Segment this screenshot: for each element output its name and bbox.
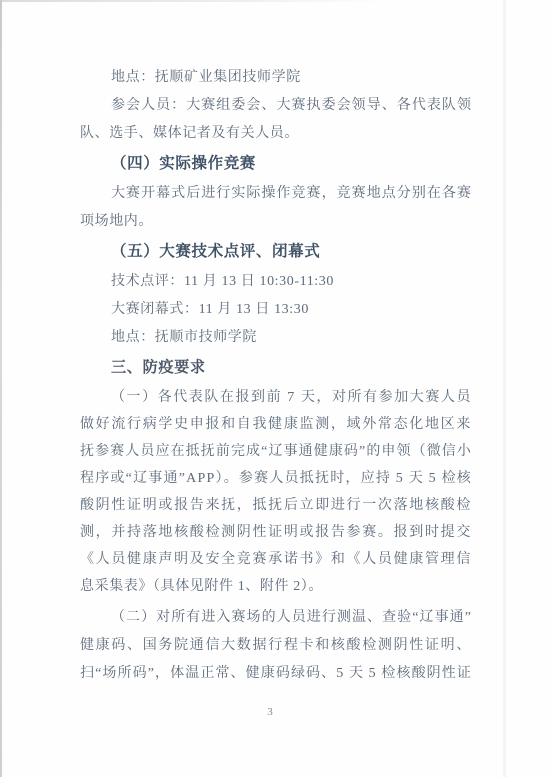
document-line: 程序或“辽事通”APP）。参赛人员抵抚时，应持 5 天 5 检核 xyxy=(80,465,472,492)
line-text: 健康码、国务院通信大数据行程卡和核酸检测阴性证明、 xyxy=(80,638,472,653)
line-text: 项场地内。 xyxy=(80,214,153,229)
line-text: 测，并持落地核酸检测阴性证明或报告参赛。报到时提交 xyxy=(80,525,472,540)
line-text: （五）大赛技术点评、闭幕式 xyxy=(111,243,320,260)
document-line: 项场地内。 xyxy=(80,208,472,236)
line-text: 地点：抚顺矿业集团技师学院 xyxy=(111,70,301,85)
paragraph: 地点：抚顺市技师学院 xyxy=(80,324,472,352)
line-text: 大赛闭幕式：11 月 13 日 13:30 xyxy=(111,302,309,317)
document-line: 地点：抚顺矿业集团技师学院 xyxy=(80,64,472,92)
line-text: （二）对所有进入赛场的人员进行测温、查验“辽事通” xyxy=(111,610,472,625)
line-text: 三、防疫要求 xyxy=(111,359,206,376)
paragraph: （二）对所有进入赛场的人员进行测温、查验“辽事通”健康码、国务院通信大数据行程卡… xyxy=(80,604,472,688)
line-text: 酸阴性证明或报告来抚，抵抚后立即进行一次落地核酸检 xyxy=(80,498,472,513)
line-text: 队、选手、媒体记者及有关人员。 xyxy=(80,126,299,141)
scan-edge-left xyxy=(0,0,2,777)
section-heading: （四）实际操作竞赛 xyxy=(80,150,472,178)
line-text: 大赛开幕式后进行实际操作竞赛，竞赛地点分别在各赛 xyxy=(111,186,472,201)
scanned-document-page: 地点：抚顺矿业集团技师学院参会人员：大赛组委会、大赛执委会领导、各代表队领队、选… xyxy=(0,0,550,777)
line-text: 程序或“辽事通”APP）。参赛人员抵抚时，应持 5 天 5 检核 xyxy=(80,471,472,486)
section-heading: （五）大赛技术点评、闭幕式 xyxy=(80,238,472,266)
paragraph: 技术点评：11 月 13 日 10:30-11:30 xyxy=(80,268,472,296)
line-text: 地点：抚顺市技师学院 xyxy=(111,330,257,345)
line-text: 《人员健康声明及安全竞赛承诺书》和《人员健康管理信 xyxy=(80,552,472,567)
line-text: 参会人员：大赛组委会、大赛执委会领导、各代表队领 xyxy=(111,98,472,113)
document-line: 队、选手、媒体记者及有关人员。 xyxy=(80,120,472,148)
document-content: 地点：抚顺矿业集团技师学院参会人员：大赛组委会、大赛执委会领导、各代表队领队、选… xyxy=(80,64,472,688)
document-line: 息采集表》（具体见附件 1、附件 2）。 xyxy=(80,573,472,600)
document-line: 大赛开幕式后进行实际操作竞赛，竞赛地点分别在各赛 xyxy=(80,180,472,208)
document-line: 测，并持落地核酸检测阴性证明或报告参赛。报到时提交 xyxy=(80,519,472,546)
document-line: （二）对所有进入赛场的人员进行测温、查验“辽事通” xyxy=(80,604,472,632)
paragraph: 大赛闭幕式：11 月 13 日 13:30 xyxy=(80,296,472,324)
heading-line: （四）实际操作竞赛 xyxy=(80,150,472,178)
paragraph: 地点：抚顺矿业集团技师学院 xyxy=(80,64,472,92)
document-line: 大赛闭幕式：11 月 13 日 13:30 xyxy=(80,296,472,324)
heading-line: （五）大赛技术点评、闭幕式 xyxy=(80,238,472,266)
paragraph: （一）各代表队在报到前 7 天，对所有参加大赛人员做好流行病学史申报和自我健康监… xyxy=(80,384,472,600)
paragraph: 参会人员：大赛组委会、大赛执委会领导、各代表队领队、选手、媒体记者及有关人员。 xyxy=(80,92,472,148)
section-heading: 三、防疫要求 xyxy=(80,354,472,382)
line-text: 息采集表》（具体见附件 1、附件 2）。 xyxy=(80,579,323,594)
document-line: 做好流行病学史申报和自我健康监测，域外常态化地区来 xyxy=(80,411,472,438)
document-line: 扫“场所码”，体温正常、健康码绿码、5 天 5 检核酸阴性证 xyxy=(80,660,472,688)
document-line: 抚参赛人员应在抵抚前完成“辽事通健康码”的申领（微信小 xyxy=(80,438,472,465)
line-text: （一）各代表队在报到前 7 天，对所有参加大赛人员 xyxy=(111,390,472,405)
scan-streak-right xyxy=(503,0,506,777)
document-line: 地点：抚顺市技师学院 xyxy=(80,324,472,352)
document-line: 健康码、国务院通信大数据行程卡和核酸检测阴性证明、 xyxy=(80,632,472,660)
document-line: （一）各代表队在报到前 7 天，对所有参加大赛人员 xyxy=(80,384,472,411)
document-line: 参会人员：大赛组委会、大赛执委会领导、各代表队领 xyxy=(80,92,472,120)
document-line: 《人员健康声明及安全竞赛承诺书》和《人员健康管理信 xyxy=(80,546,472,573)
document-line: 技术点评：11 月 13 日 10:30-11:30 xyxy=(80,268,472,296)
line-text: 抚参赛人员应在抵抚前完成“辽事通健康码”的申领（微信小 xyxy=(80,444,472,459)
heading-line: 三、防疫要求 xyxy=(80,354,472,382)
line-text: 技术点评：11 月 13 日 10:30-11:30 xyxy=(111,274,334,289)
document-line: 酸阴性证明或报告来抚，抵抚后立即进行一次落地核酸检 xyxy=(80,492,472,519)
line-text: 扫“场所码”，体温正常、健康码绿码、5 天 5 检核酸阴性证 xyxy=(80,666,472,681)
line-text: 做好流行病学史申报和自我健康监测，域外常态化地区来 xyxy=(80,417,472,432)
line-text: （四）实际操作竞赛 xyxy=(111,155,256,172)
page-number: 3 xyxy=(0,706,540,718)
paragraph: 大赛开幕式后进行实际操作竞赛，竞赛地点分别在各赛项场地内。 xyxy=(80,180,472,236)
scan-edge-top xyxy=(0,0,550,2)
